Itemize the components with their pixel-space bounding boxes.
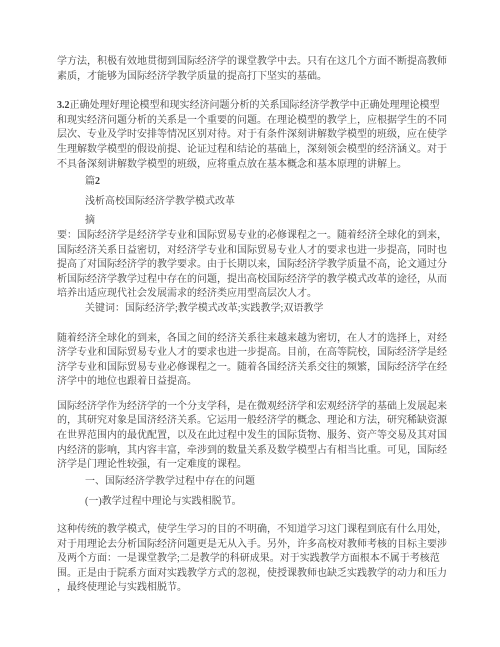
section-label-number: 2 [95,176,100,187]
text-line: 随着经济全球化的到来，各国之间的经济关系往来越来越为密切，在人才的选择上，对经 [57,332,447,347]
text-line: 在世界范围内的最优配置，以及在此过程中发生的国际货物、服务、资产等交易及其对国 [57,429,447,444]
paragraph-problem: 这种传统的教学模式，使学生学习的目的不明确，不知道学习这门课程到底有什么用处， … [57,523,447,596]
text-line: 对于用理论去分析国际经济问题更是无从入手。另外，许多高校对教师考核的目标主要涉 [57,538,447,553]
section-label-prefix: 篇 [85,176,95,187]
text-line: 的，其研究对象是国济经济关系。它运用一般经济学的概念、理论和方法，研究稀缺资源 [57,414,447,429]
text-line: 素质，才能够为国际经济学教学质量的提高打下坚实的基础。 [57,70,447,85]
paragraph-section-3-2: 3.2正确处理好理论模型和现实经济问题分析的关系国际经济学教学中正确处理理论模型… [57,99,447,172]
text-line: 及两个方面：一是课堂教学;二是教学的科研成果。对于实践教学方面根本不属于考核范 [57,552,447,567]
document-page: 学方法，积极有效地贯彻到国际经济学的课堂教学中去。只有在这几个方面不断提高教师 … [0,0,500,647]
text-line: 济学中的地位也跟着日益提高。 [57,375,447,390]
document-body: 学方法，积极有效地贯彻到国际经济学的课堂教学中去。只有在这几个方面不断提高教师 … [0,0,447,596]
text-line: 内经济的影响，其内容丰富，牵涉到的数量关系及数学模型占有相当比重。可见，国际经 [57,444,447,459]
section-heading-1: 一、国际经济学教学过程中存在的问题 [57,475,447,490]
paragraph-intro: 随着经济全球化的到来，各国之间的经济关系往来越来越为密切，在人才的选择上，对经 … [57,332,447,390]
text-line: 学方法，积极有效地贯彻到国际经济学的课堂教学中去。只有在这几个方面不断提高教师 [57,55,447,70]
text-line: 济学专业和国际贸易专业必修课程之一。随着各国经济关系交往的频繁，国际经济学在经 [57,361,447,376]
text-line: 培养出适应现代社会发展需求的经济类应用型高层次人才。 [57,287,447,302]
abstract-label: 摘 [57,214,447,229]
section-label: 篇2 [57,175,447,190]
text-line: 国际经济关系日益密切，对经济学专业和国际贸易专业人才的要求也进一步提高，同时也 [57,244,447,259]
paragraph-closing: 学方法，积极有效地贯彻到国际经济学的课堂教学中去。只有在这几个方面不断提高教师 … [57,55,447,84]
text-line: 和现实经济问题分析的关系是一个重要的问题。在理论模型的教学上，应根据学生的不同 [57,114,447,129]
text-line: 国际经济学作为经济学的一个分支学科，是在微观经济学和宏观经济学的基础上发展起来 [57,400,447,415]
text-line: ，最终使理论与实践相脱节。 [57,581,447,596]
abstract-paragraph: 摘 要：国际经济学是经济学专业和国际贸易专业的必修课程之一。随着经济全球化的到来… [57,214,447,302]
text-line: 不具备深刻讲解数学模型的班级，应将重点放在基本概念和基本原理的讲解上。 [57,158,447,173]
subsection-heading-1-1: (一)教学过程中理论与实践相脱节。 [57,495,447,510]
text-line: 3.2正确处理好理论模型和现实经济问题分析的关系国际经济学教学中正确处理理论模型 [57,99,447,114]
text-line: 济学是门理论性较强，有一定难度的课程。 [57,458,447,473]
text-line: 济学专业和国际贸易专业人才的要求也进一步提高。目前，在高等院校，国际经济学是经 [57,346,447,361]
text-line: 层次、专业及学时安排等情况区别对待。对于有条件深刻讲解数学模型的班级，应在使学 [57,128,447,143]
text-line-rest: 正确处理好理论模型和现实经济问题分析的关系国际经济学教学中正确处理理论模型 [70,100,440,111]
text-line: 要：国际经济学是经济学专业和国际贸易专业的必修课程之一。随着经济全球化的到来， [57,229,447,244]
section-number: 3.2 [57,100,70,111]
text-line: 生理解数学模型的假设前提、论证过程和结论的基础上，深刻领会模型的经济涵义。对于 [57,143,447,158]
paragraph-discipline: 国际经济学作为经济学的一个分支学科，是在微观经济学和宏观经济学的基础上发展起来 … [57,400,447,473]
text-line: 析国际经济学教学过程中存在的问题，提出高校国际经济学的教学模式改革的途径，从而 [57,273,447,288]
keywords-line: 关键词：国际经济学;教学模式改革;实践教学;双语教学 [57,302,447,317]
text-line: 提高了对国际经济学的教学要求。由于长期以来，国际经济学教学质量不高，论文通过分 [57,258,447,273]
article-title: 浅析高校国际经济学教学模式改革 [57,195,447,210]
text-line: 围。正是由于院系方面对实践教学方式的忽视，使授课教师也缺乏实践教学的动力和压力 [57,567,447,582]
text-line: 这种传统的教学模式，使学生学习的目的不明确，不知道学习这门课程到底有什么用处， [57,523,447,538]
